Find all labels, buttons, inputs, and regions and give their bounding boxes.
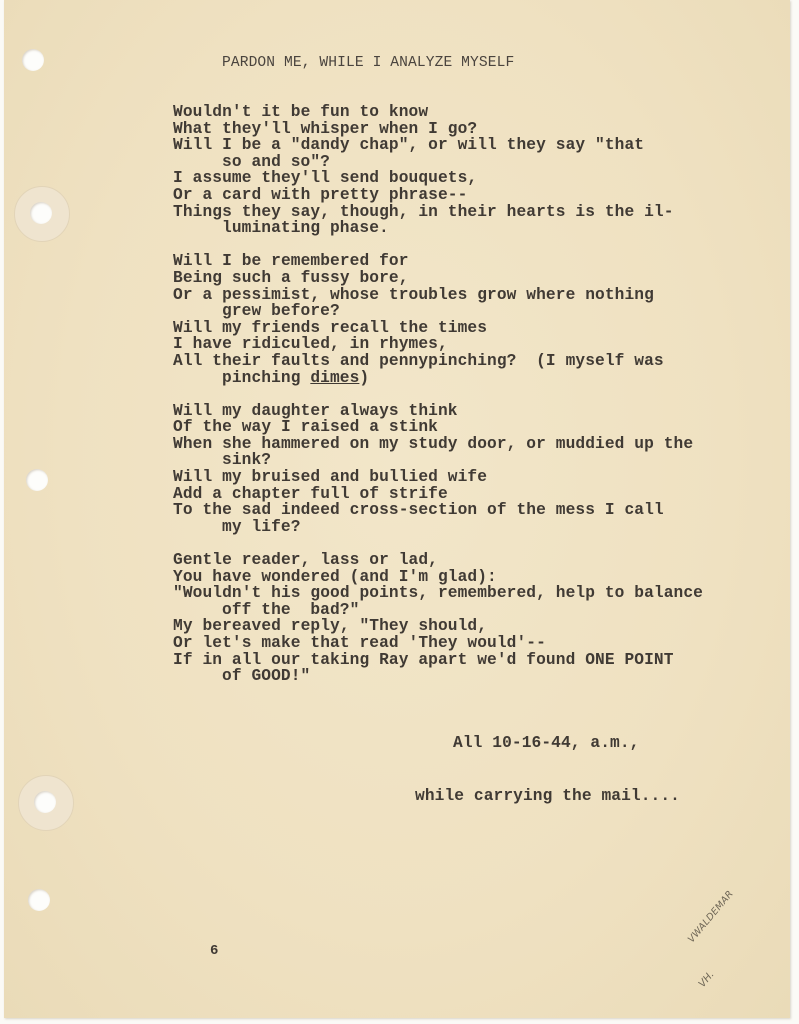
poem-line: my life?	[173, 519, 703, 536]
signature-line: All 10-16-44, a.m.,	[415, 735, 680, 752]
binder-hole	[30, 202, 52, 224]
poem-line: so and so"?	[173, 154, 703, 171]
poem-line: "Wouldn't his good points, remembered, h…	[173, 585, 703, 602]
signature-line: while carrying the mail....	[415, 788, 680, 805]
poem-title: PARDON ME, WHILE I ANALYZE MYSELF	[222, 55, 514, 71]
binder-hole	[26, 469, 48, 491]
stanza-break	[173, 237, 703, 254]
page-number: 6	[210, 943, 219, 959]
underlined-word: dimes	[310, 369, 359, 387]
poem-line: Being such a fussy bore,	[173, 270, 703, 287]
poem-line: of GOOD!"	[173, 668, 703, 685]
poem-line: Or a pessimist, whose troubles grow wher…	[173, 287, 703, 304]
stanza-break	[173, 535, 703, 552]
poem-line: Wouldn't it be fun to know	[173, 104, 703, 121]
poem-line: Of the way I raised a stink	[173, 419, 703, 436]
binder-hole	[22, 49, 44, 71]
poem-line: Will I be remembered for	[173, 253, 703, 270]
poem-body: Wouldn't it be fun to knowWhat they'll w…	[173, 104, 703, 685]
stanza-break	[173, 386, 703, 403]
poem-line: My bereaved reply, "They should,	[173, 618, 703, 635]
poem-line: To the sad indeed cross-section of the m…	[173, 502, 703, 519]
poem-line: Or let's make that read 'They would'--	[173, 635, 703, 652]
poem-line: You have wondered (and I'm glad):	[173, 569, 703, 586]
poem-line: What they'll whisper when I go?	[173, 121, 703, 138]
binder-hole	[28, 889, 50, 911]
poem-line: I assume they'll send bouquets,	[173, 170, 703, 187]
poem-line: When she hammered on my study door, or m…	[173, 436, 703, 453]
poem-line: Or a card with pretty phrase--	[173, 187, 703, 204]
poem-line: Will my bruised and bullied wife	[173, 469, 703, 486]
poem-line: Things they say, though, in their hearts…	[173, 204, 703, 221]
poem-line: All their faults and pennypinching? (I m…	[173, 353, 703, 370]
poem-line: luminating phase.	[173, 220, 703, 237]
binder-hole	[34, 791, 56, 813]
poem-line: Will my friends recall the times	[173, 320, 703, 337]
poem-line: Will my daughter always think	[173, 403, 703, 420]
poem-line: off the bad?"	[173, 602, 703, 619]
poem-line: If in all our taking Ray apart we'd foun…	[173, 652, 703, 669]
poem-line: pinching dimes)	[173, 370, 703, 387]
poem-line: I have ridiculed, in rhymes,	[173, 336, 703, 353]
poem-line: sink?	[173, 452, 703, 469]
poem-line: grew before?	[173, 303, 703, 320]
poem-line: Add a chapter full of strife	[173, 486, 703, 503]
signature-block: All 10-16-44, a.m., while carrying the m…	[415, 699, 680, 822]
poem-line: Gentle reader, lass or lad,	[173, 552, 703, 569]
poem-line: Will I be a "dandy chap", or will they s…	[173, 137, 703, 154]
